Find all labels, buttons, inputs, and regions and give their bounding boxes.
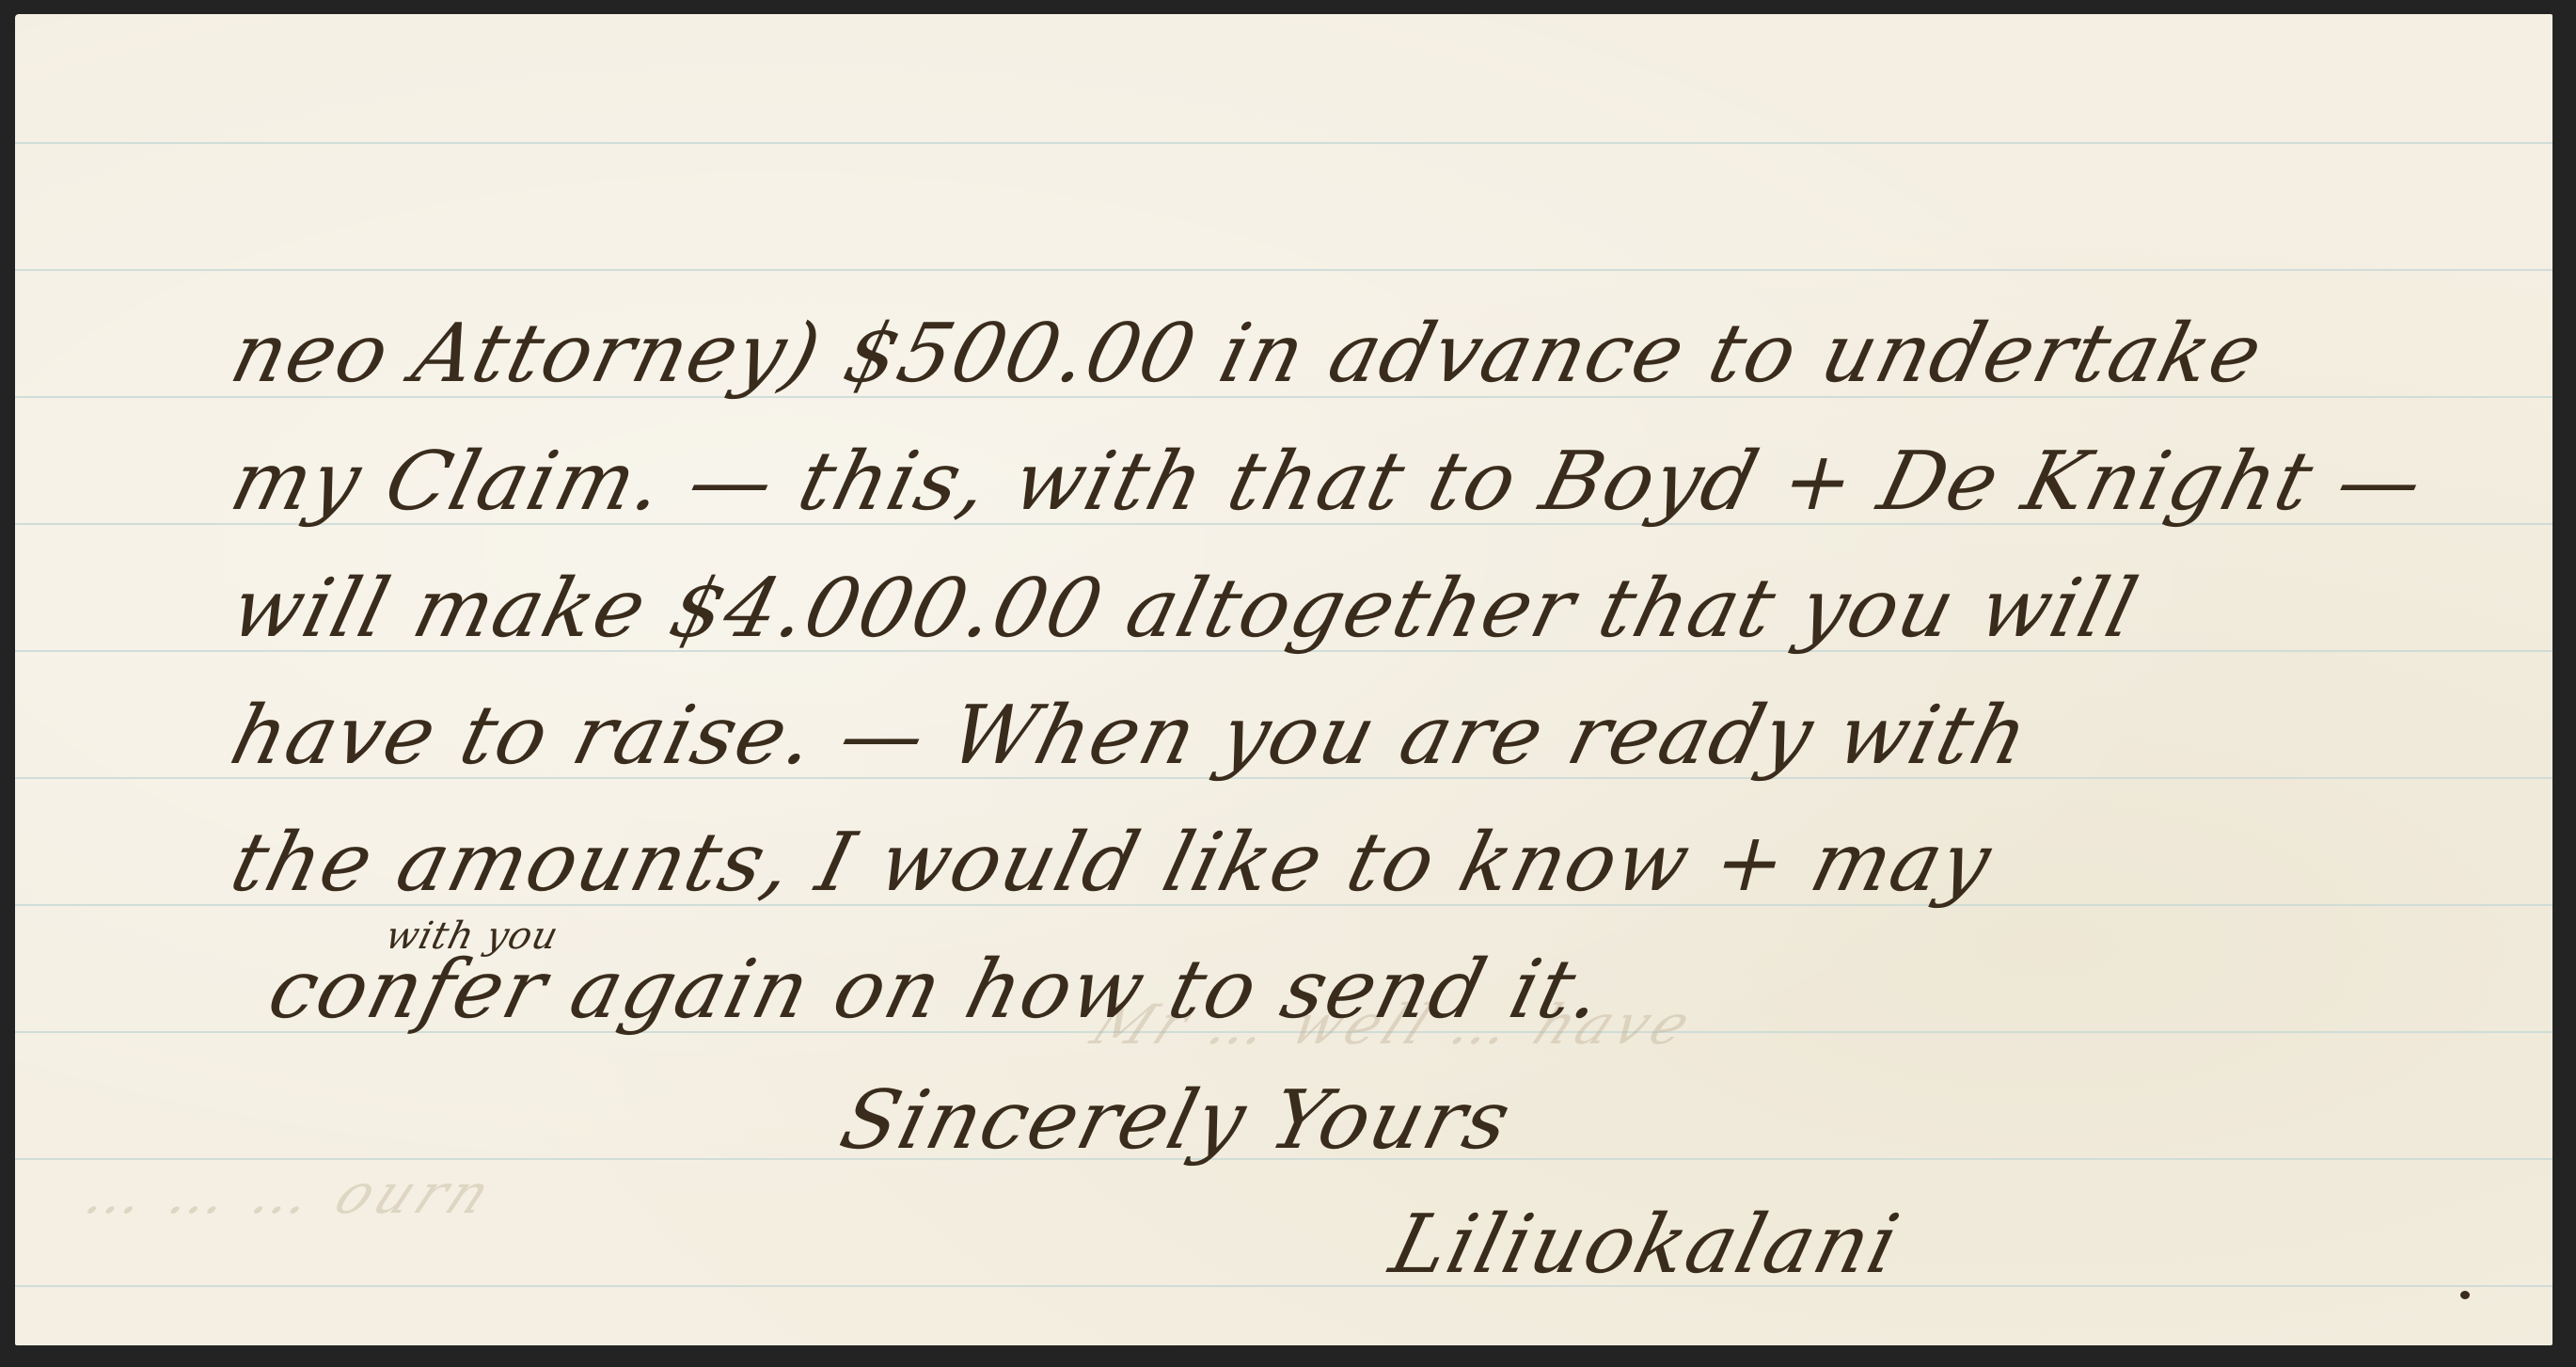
letter-line-3: will make $4.000.00 altogether that you … [224,568,2146,649]
letter-line-4: have to raise. — When you are ready with [224,695,2037,776]
closing: Sincerely Yours [833,1080,1519,1161]
ruled-line [15,1285,2552,1287]
letter-page: Mr … well … have … … … ourn neo Attorney… [15,14,2552,1345]
letter-line-1: neo Attorney) $500.00 in advance to unde… [224,313,2271,394]
letter-line-6: confer again on how to send it. [261,949,1612,1030]
letter-line-2: my Claim. — this, with that to Boyd + De… [224,441,2432,522]
bleed-through-text: … … … ourn [75,1162,506,1226]
signature: Liliuokalani [1383,1204,1907,1285]
ink-dot [2460,1291,2470,1299]
letter-line-5: the amounts, I would like to know + may [224,822,1999,903]
ruled-line [15,142,2552,144]
ruled-line [15,269,2552,271]
